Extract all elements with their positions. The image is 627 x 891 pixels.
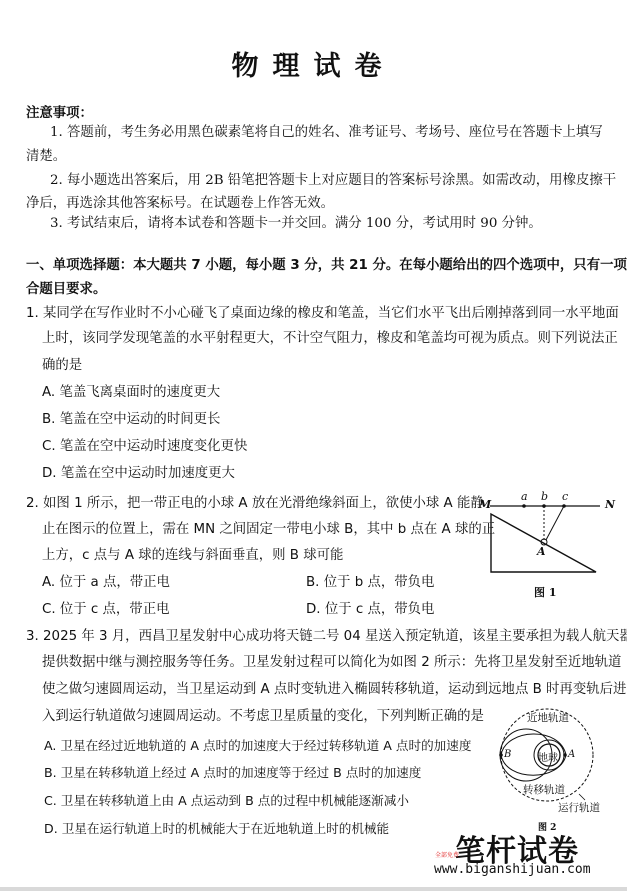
notice-item-2: 2. 每小题选出答案后，用 2B 铅笔把答题卡上对应题目的答案标号涂黑。如需改动… xyxy=(50,173,616,189)
notice-item-3: 3. 考试结束后，请将本试卷和答题卡一并交回。满分 100 分，考试用时 90 … xyxy=(50,216,542,232)
label-transfer-orbit: 转移轨道 xyxy=(523,782,565,797)
option-a: A. 位于 a 点，带正电 xyxy=(42,575,170,591)
option-d: D. 笔盖在空中运动时加速度更大 xyxy=(42,466,235,482)
option-d: D. 位于 c 点，带负电 xyxy=(306,602,434,618)
option-b: B. 笔盖在空中运动的时间更长 xyxy=(42,412,220,428)
label-m: M xyxy=(479,498,491,511)
question-text: 确的是 xyxy=(42,358,82,374)
question-text: 3. 2025 年 3 月，西昌卫星发射中心成功将天链二号 04 星送入预定轨道… xyxy=(26,629,627,645)
watermark-url: www.biganshijuan.com xyxy=(434,862,591,877)
label-a: a xyxy=(521,490,528,503)
notice-item-2-cont: 净后，再选涂其他答案标号。在试题卷上作答无效。 xyxy=(26,196,334,212)
label-n: N xyxy=(605,498,615,511)
label-b: b xyxy=(541,490,548,503)
question-text: 1. 某同学在写作业时不小心碰飞了桌面边缘的橡皮和笔盖，当它们水平飞出后刚掉落到… xyxy=(26,306,619,322)
figure-2-orbits: 近地轨道 地球 A B 转移轨道 运行轨道 图 2 xyxy=(490,708,620,830)
question-text: 入到运行轨道做匀速圆周运动。不考虑卫星质量的变化，下列判断正确的是 xyxy=(42,709,484,725)
option-c: C. 卫星在转移轨道上由 A 点运动到 B 点的过程中机械能逐渐减小 xyxy=(44,793,409,809)
figure-1-incline: M N a b c A 图 1 xyxy=(478,496,623,606)
question-text: 上时，该同学发现笔盖的水平射程更大，不计空气阻力，橡皮和笔盖均可视为质点。则下列… xyxy=(42,331,618,347)
watermark-tag: 全部免费 xyxy=(435,850,459,859)
label-near-orbit: 近地轨道 xyxy=(527,710,569,725)
option-c: C. 位于 c 点，带正电 xyxy=(42,602,169,618)
label-point-a: A xyxy=(568,749,575,760)
question-text: 止在图示的位置上，需在 MN 之间固定一带电小球 B，其中 b 点在 A 球的正 xyxy=(42,522,495,538)
label-c: c xyxy=(562,490,568,503)
notice-item-1-cont: 清楚。 xyxy=(26,149,66,165)
bottom-divider xyxy=(0,887,627,891)
label-point-b: B xyxy=(504,749,511,760)
option-a: A. 笔盖飞离桌面时的速度更大 xyxy=(42,385,220,401)
label-run-orbit: 运行轨道 xyxy=(558,800,600,815)
option-b: B. 位于 b 点，带负电 xyxy=(306,575,434,591)
figure-1-caption: 图 1 xyxy=(534,584,556,600)
option-b: B. 卫星在转移轨道上经过 A 点时的加速度等于经过 B 点时的加速度 xyxy=(44,765,421,781)
section-heading: 一、单项选择题：本大题共 7 小题，每小题 3 分，共 21 分。在每小题给出的… xyxy=(26,258,627,274)
option-a: A. 卫星在经过近地轨道的 A 点时的加速度大于经过转移轨道 A 点时的加速度 xyxy=(44,738,471,754)
label-ball-a: A xyxy=(537,545,546,558)
question-text: 提供数据中继与测控服务等任务。卫星发射过程可以简化为如图 2 所示：先将卫星发射… xyxy=(42,655,621,671)
label-earth: 地球 xyxy=(538,749,558,764)
notice-heading: 注意事项： xyxy=(26,106,93,122)
question-text: 使之做匀速圆周运动，当卫星运动到 A 点时变轨进入椭圆转移轨道，运动到远地点 B… xyxy=(42,682,626,698)
page-title: 物理试卷 xyxy=(0,44,627,83)
option-c: C. 笔盖在空中运动时速度变化更快 xyxy=(42,439,247,455)
section-heading-cont: 合题目要求。 xyxy=(26,282,106,298)
notice-item-1: 1. 答题前，考生务必用黑色碳素笔将自己的姓名、准考证号、考场号、座位号在答题卡… xyxy=(50,125,603,141)
question-text: 上方，c 点与 A 球的连线与斜面垂直，则 B 球可能 xyxy=(42,548,343,564)
question-text: 2. 如图 1 所示，把一带正电的小球 A 放在光滑绝缘斜面上，欲使小球 A 能… xyxy=(26,496,484,512)
option-d: D. 卫星在运行轨道上时的机械能大于在近地轨道上时的机械能 xyxy=(44,821,389,837)
